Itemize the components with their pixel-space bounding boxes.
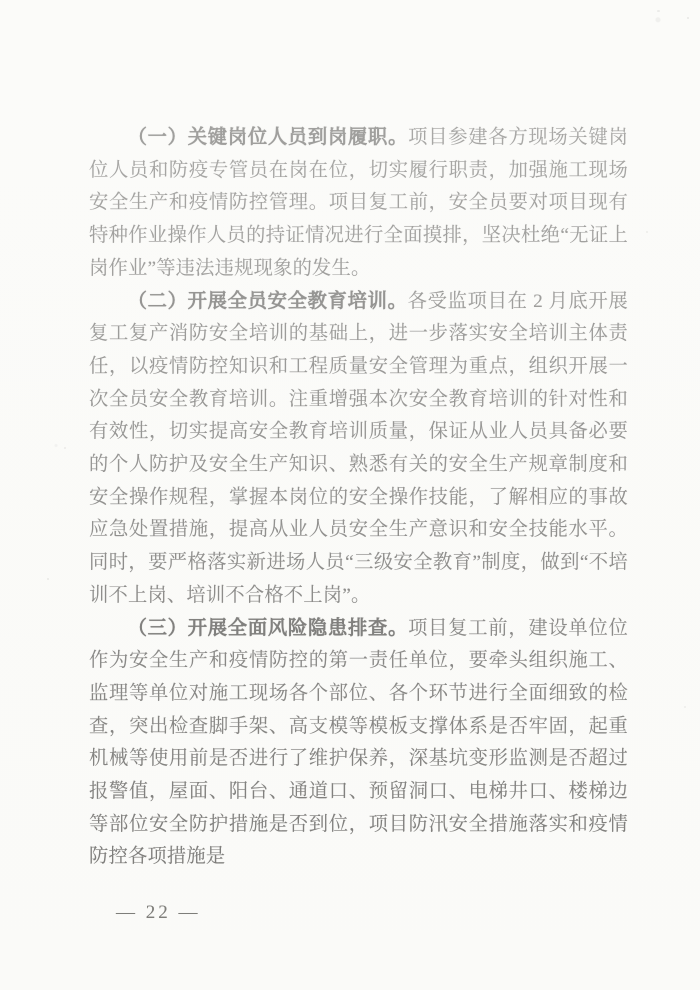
paragraph-2: （二）开展全员安全教育培训。各受监项目在 2 月底开展复工复产消防安全培训的基础… <box>89 286 628 613</box>
paragraph-3: （三）开展全面风险隐患排查。项目复工前，建设单位位作为安全生产和疫情防控的第一责… <box>89 613 628 875</box>
paragraph-2-heading: （二）开展全员安全教育培训。 <box>128 291 408 312</box>
paragraph-3-heading: （三）开展全面风险隐患排查。 <box>128 618 409 639</box>
page-number: — 22 — <box>116 900 201 926</box>
paragraph-1: （一）关键岗位人员到岗履职。项目参建各方现场关键岗位人员和防疫专管员在岗在位，切… <box>89 122 628 286</box>
document-body: （一）关键岗位人员到岗履职。项目参建各方现场关键岗位人员和防疫专管员在岗在位，切… <box>89 122 628 874</box>
scan-speck <box>47 578 49 580</box>
paragraph-1-heading: （一）关键岗位人员到岗履职。 <box>128 127 409 148</box>
paragraph-1-text: 项目参建各方现场关键岗位人员和防疫专管员在岗在位，切实履行职责，加强施工现场安全… <box>89 127 628 279</box>
scan-speck <box>684 706 686 708</box>
scan-speck <box>687 17 689 19</box>
scan-speck <box>64 447 66 449</box>
paragraph-3-text: 项目复工前，建设单位位作为安全生产和疫情防控的第一责任单位，要牵头组织施工、监理… <box>89 618 628 868</box>
scanned-document-page: （一）关键岗位人员到岗履职。项目参建各方现场关键岗位人员和防疫专管员在岗在位，切… <box>0 0 700 990</box>
scan-speck <box>646 231 648 233</box>
scan-speck <box>657 10 660 12</box>
paragraph-2-text: 各受监项目在 2 月底开展复工复产消防安全培训的基础上，进一步落实安全培训主体责… <box>89 291 628 606</box>
